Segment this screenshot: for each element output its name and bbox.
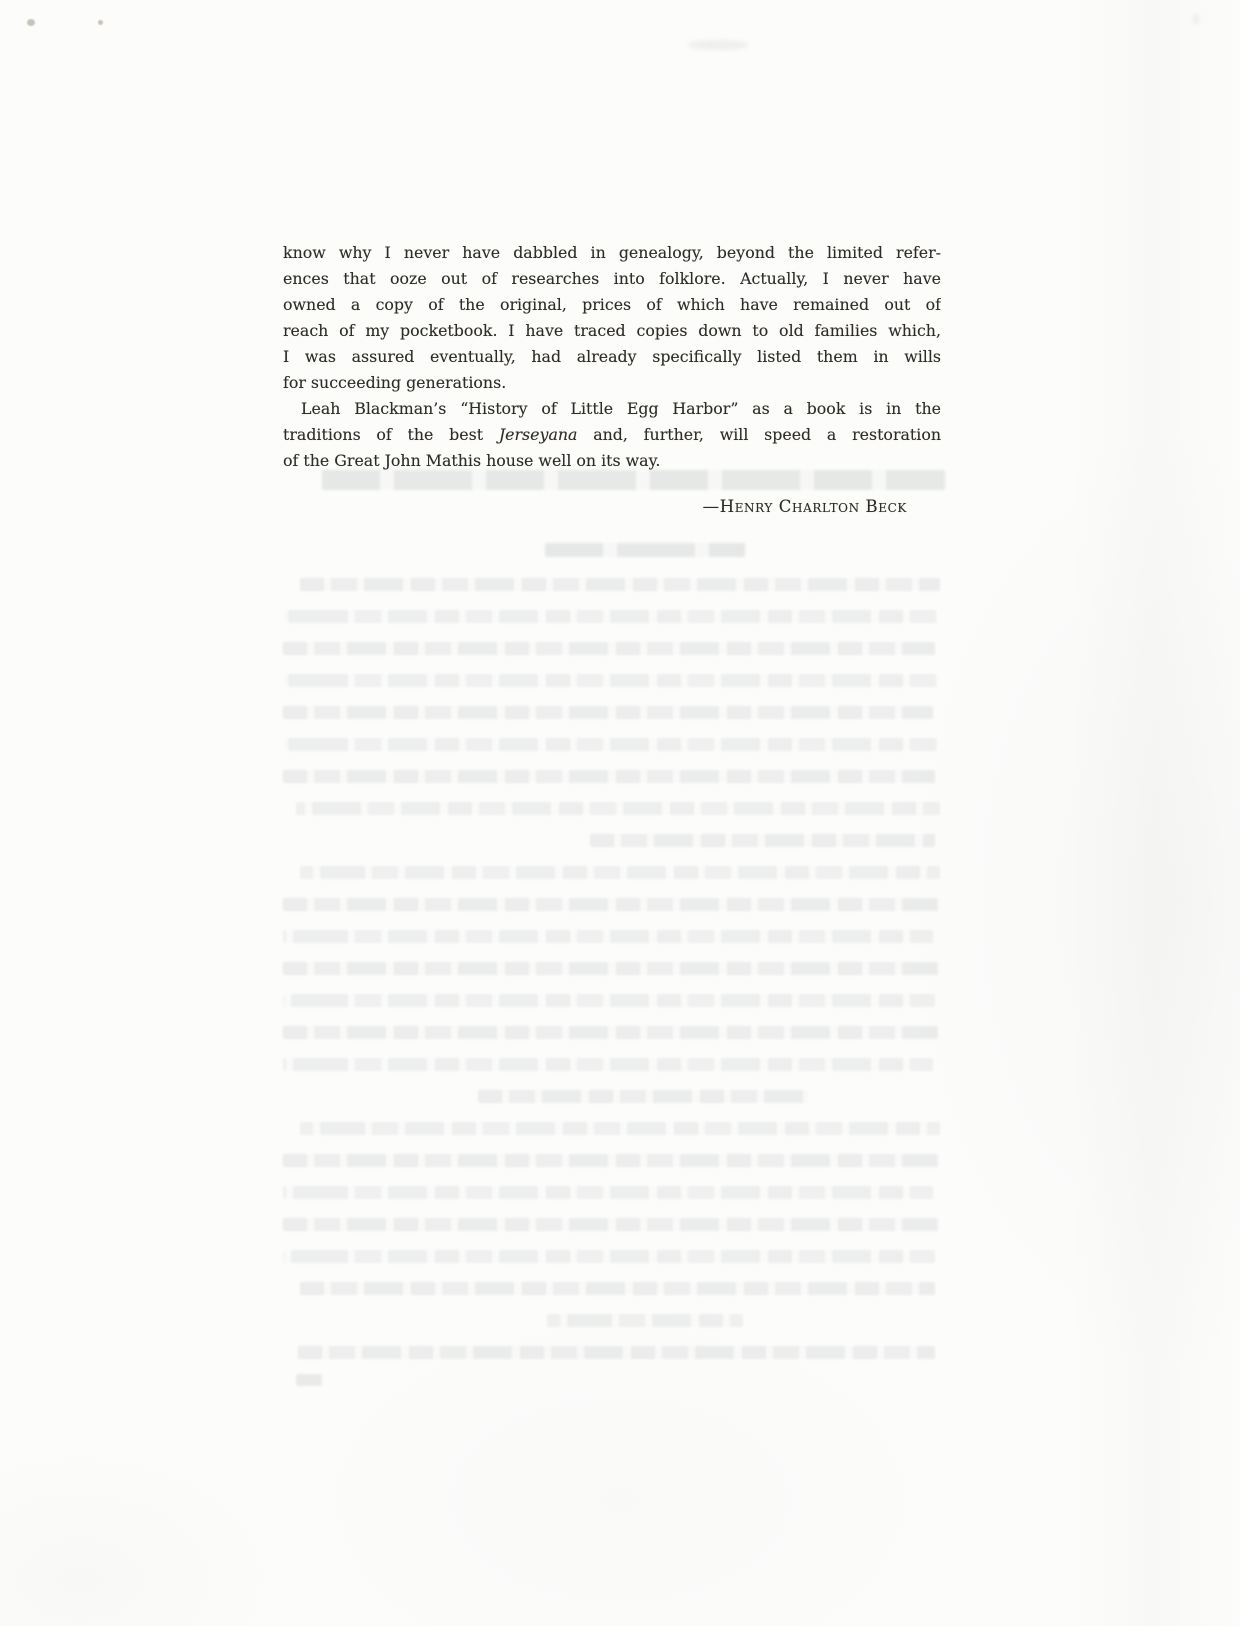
text-line: for succeeding generations. [283, 370, 941, 396]
scanned-book-page: know why I never have dabbled in genealo… [0, 0, 1240, 1626]
text-line: ences that ooze out of researches into f… [283, 266, 941, 292]
ghost-text-line [300, 866, 940, 879]
ghost-text-line [300, 1122, 940, 1135]
ghost-text-line [283, 994, 935, 1007]
text-line: I was assured eventually, had already sp… [283, 344, 941, 370]
text-line: Leah Blackman’s “History of Little Egg H… [283, 396, 941, 422]
ghost-text-line [283, 1154, 938, 1167]
text-segment: traditions of the best [283, 425, 499, 444]
text-line: of the Great John Mathis house well on i… [283, 448, 941, 474]
ghost-text-line [283, 1186, 933, 1199]
scan-speck [98, 20, 103, 25]
paragraph-leah-blackman: Leah Blackman’s “History of Little Egg H… [283, 396, 941, 474]
ghost-text-line [283, 770, 935, 783]
ghost-text-line [283, 898, 938, 911]
scan-smudge [688, 40, 748, 50]
ghost-page-number [296, 1374, 322, 1386]
ghost-text-line [300, 578, 940, 591]
scan-smudge [1193, 14, 1199, 24]
ghost-text-line [545, 543, 745, 557]
printed-text-block: know why I never have dabbled in genealo… [283, 240, 941, 520]
text-line: know why I never have dabbled in genealo… [283, 240, 941, 266]
text-segment: and, further, will speed a restoration [577, 425, 941, 444]
ghost-text-line [590, 834, 935, 847]
ghost-text-line [283, 1026, 938, 1039]
ghost-text-line [300, 1282, 935, 1295]
ghost-text-line [478, 1090, 808, 1103]
ghost-text-line [296, 802, 940, 815]
italic-term-jerseyana: Jerseyana [499, 425, 578, 444]
ghost-text-line [283, 706, 933, 719]
ghost-text-line [298, 1346, 935, 1359]
ghost-text-line [283, 930, 933, 943]
ghost-text-line [283, 674, 938, 687]
ghost-text-line [547, 1314, 743, 1327]
text-line: owned a copy of the original, prices of … [283, 292, 941, 318]
ghost-text-line [283, 1218, 938, 1231]
ghost-text-line [283, 738, 938, 751]
author-signature: —Henry Charlton Beck [283, 494, 941, 520]
scan-speck [27, 19, 35, 26]
ghost-text-line [283, 962, 938, 975]
ghost-text-line [283, 1058, 933, 1071]
ghost-text-line [283, 610, 938, 623]
ghost-text-line [283, 1250, 935, 1263]
paragraph-closing: know why I never have dabbled in genealo… [283, 240, 941, 396]
ghost-text-line [283, 642, 935, 655]
text-line: traditions of the best Jerseyana and, fu… [283, 422, 941, 448]
text-line: reach of my pocketbook. I have traced co… [283, 318, 941, 344]
